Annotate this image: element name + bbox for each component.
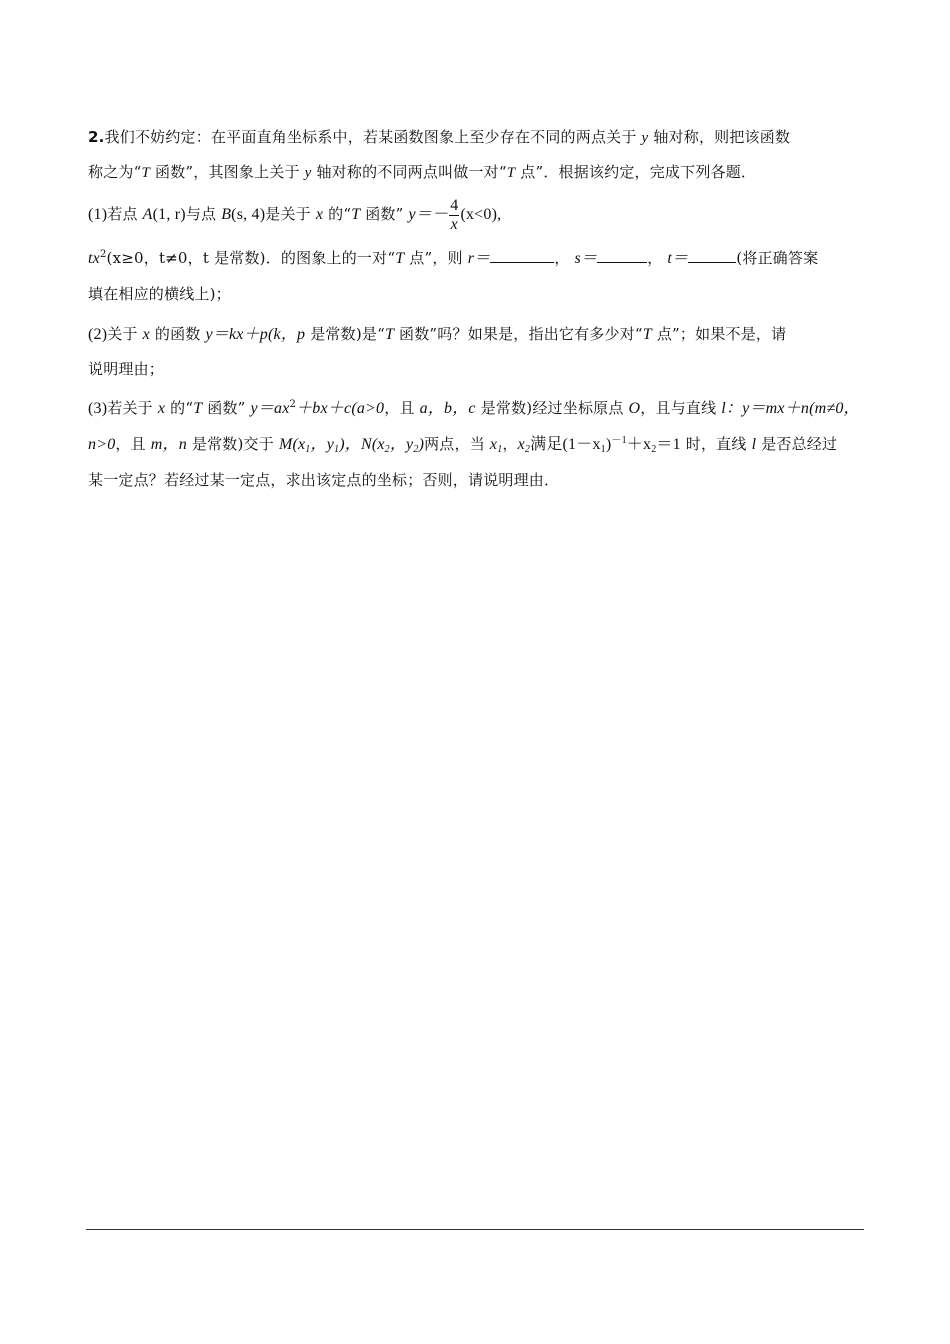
- fraction: 4x: [449, 197, 459, 234]
- answer-r-blank[interactable]: [490, 248, 554, 263]
- answer-s-label: s＝: [575, 250, 598, 267]
- function-tx: tx: [88, 250, 100, 267]
- var-T: T: [193, 400, 202, 417]
- var-T: T: [507, 165, 516, 181]
- part-text: 时，直线: [686, 435, 747, 453]
- linear-function: y＝kx＋p(k，p: [206, 326, 306, 343]
- part-text: (x≥0，t≠0，t 是常数)．的图象上的一对“: [107, 249, 396, 267]
- var-T: T: [351, 206, 360, 223]
- var-x2: x2: [518, 436, 531, 453]
- intro-text: 我们不妨约定：在平面直角坐标系中，若某函数图象上至少存在不同的两点关于: [105, 128, 637, 146]
- answer-t-label: t＝: [667, 250, 688, 267]
- part-text: 是常数)交于: [192, 435, 274, 453]
- part-text: 若点: [107, 205, 137, 223]
- point-N: N(x2，y2): [361, 436, 424, 453]
- part-text: 点”，则: [409, 249, 462, 267]
- quadratic-function: y＝ax: [251, 400, 290, 417]
- part-text: 函数”: [365, 205, 403, 223]
- answer-t-blank[interactable]: [688, 248, 736, 263]
- point-M: M(x1，y1)，: [279, 436, 361, 453]
- var-x: x: [316, 206, 323, 223]
- question-intro-line2: 称之为“T 函数”，其图象上关于 y 轴对称的不同两点叫做一对“T 点”．根据该…: [88, 162, 868, 183]
- condition-expression: 满足(1－x1)－1＋x2＝1: [530, 436, 681, 453]
- part2-line1: (2)关于 x 的函数 y＝kx＋p(k，p 是常数)是“T 函数”吗？如果是，…: [88, 324, 868, 345]
- fraction-numerator: 4: [449, 197, 459, 216]
- var-y: y: [305, 165, 312, 181]
- intro-text: 函数”，其图象上关于: [155, 163, 300, 181]
- part-label: (1): [88, 206, 107, 223]
- part-text: 与点: [186, 205, 216, 223]
- point-A-coords: (1, r): [153, 206, 186, 223]
- document-page: 2.我们不妨约定：在平面直角坐标系中，若某函数图象上至少存在不同的两点关于 y …: [0, 0, 950, 1344]
- part-text: 点”；如果不是，请: [657, 325, 786, 343]
- part-text: ，且与直线: [640, 399, 716, 417]
- part-text: 关于: [107, 325, 137, 343]
- var-x: x: [143, 326, 150, 343]
- part3-line1: (3)若关于 x 的“T 函数” y＝ax2＋bx＋c(a>0，且 a，b，c …: [88, 398, 868, 419]
- line-l: l: [752, 436, 757, 453]
- part-text: (将正确答案: [736, 249, 818, 267]
- part-label: (3): [88, 400, 107, 417]
- point-A: A: [143, 206, 153, 223]
- part-text: 是关于: [265, 205, 311, 223]
- part-text: 的“: [328, 205, 351, 223]
- var-x: x: [158, 400, 165, 417]
- function-condition: (x<0),: [460, 206, 501, 223]
- answer-s-blank[interactable]: [597, 248, 647, 263]
- separator: ，: [502, 435, 517, 453]
- intro-text: 轴对称的不同两点叫做一对“: [316, 163, 506, 181]
- part-text: 说明理由；: [88, 360, 164, 378]
- part-text: ，且: [115, 435, 145, 453]
- part3-line2: n>0，且 m，n 是常数)交于 M(x1，y1)，N(x2，y2)两点，当 x…: [88, 434, 868, 455]
- var-T: T: [385, 326, 394, 343]
- intro-text: 称之为“: [88, 163, 141, 181]
- part1-line3: 填在相应的横线上)；: [88, 284, 868, 304]
- constants-abc: a，b，c: [420, 400, 476, 417]
- part-text: 函数”: [207, 399, 245, 417]
- part3-line3: 某一定点？若经过某一定点，求出该定点的坐标；否则，请说明理由．: [88, 470, 868, 490]
- part-label: (2): [88, 326, 107, 343]
- constants-mn: m，n: [151, 436, 187, 453]
- part-text: 两点，当: [424, 435, 485, 453]
- var-y: y: [642, 130, 649, 146]
- part1-line2: tx2(x≥0，t≠0，t 是常数)．的图象上的一对“T 点”，则 r＝， s＝…: [88, 248, 868, 269]
- part1-line1: (1)若点 A(1, r)与点 B(s, 4)是关于 x 的“T 函数” y＝－…: [88, 194, 868, 234]
- part-text: 若关于: [107, 399, 153, 417]
- var-T: T: [395, 250, 404, 267]
- origin-O: O: [629, 400, 641, 417]
- function-lhs: y＝－: [409, 206, 449, 223]
- part2-line2: 说明理由；: [88, 359, 868, 379]
- part-text: 是常数)经过坐标原点: [481, 399, 624, 417]
- separator: ，: [647, 249, 662, 267]
- part-text: 函数”吗？如果是，指出它有多少对“: [399, 325, 643, 343]
- part-text: 某一定点？若经过某一定点，求出该定点的坐标；否则，请说明理由．: [88, 471, 559, 489]
- point-B-coords: (s, 4): [231, 206, 265, 223]
- quadratic-function-rest: ＋bx＋c(a>0: [296, 400, 384, 417]
- intro-text: 点”．根据该约定，完成下列各题．: [520, 163, 756, 181]
- part-text: 的函数: [155, 325, 201, 343]
- var-x1: x1: [490, 436, 503, 453]
- question-number: 2.: [88, 128, 105, 146]
- part-text: 是常数)是“: [310, 325, 385, 343]
- footer-divider: [86, 1229, 864, 1230]
- point-B: B: [221, 206, 231, 223]
- var-T: T: [643, 326, 652, 343]
- part-text: 是否总经过: [761, 435, 837, 453]
- answer-r-label: r＝: [468, 250, 491, 267]
- intro-text-end: 轴对称，则把该函数: [653, 128, 790, 146]
- condition-n: n>0: [88, 436, 115, 453]
- fraction-denominator: x: [449, 216, 459, 234]
- question-intro-line1: 2.我们不妨约定：在平面直角坐标系中，若某函数图象上至少存在不同的两点关于 y …: [88, 127, 868, 148]
- var-T: T: [141, 165, 150, 181]
- line-equation: ：y＝mx＋n(m≠0，: [726, 400, 860, 417]
- part-text: ，且: [384, 399, 414, 417]
- separator: ，: [554, 249, 569, 267]
- part-text: 的“: [170, 399, 193, 417]
- part-text: 填在相应的横线上)；: [88, 285, 231, 303]
